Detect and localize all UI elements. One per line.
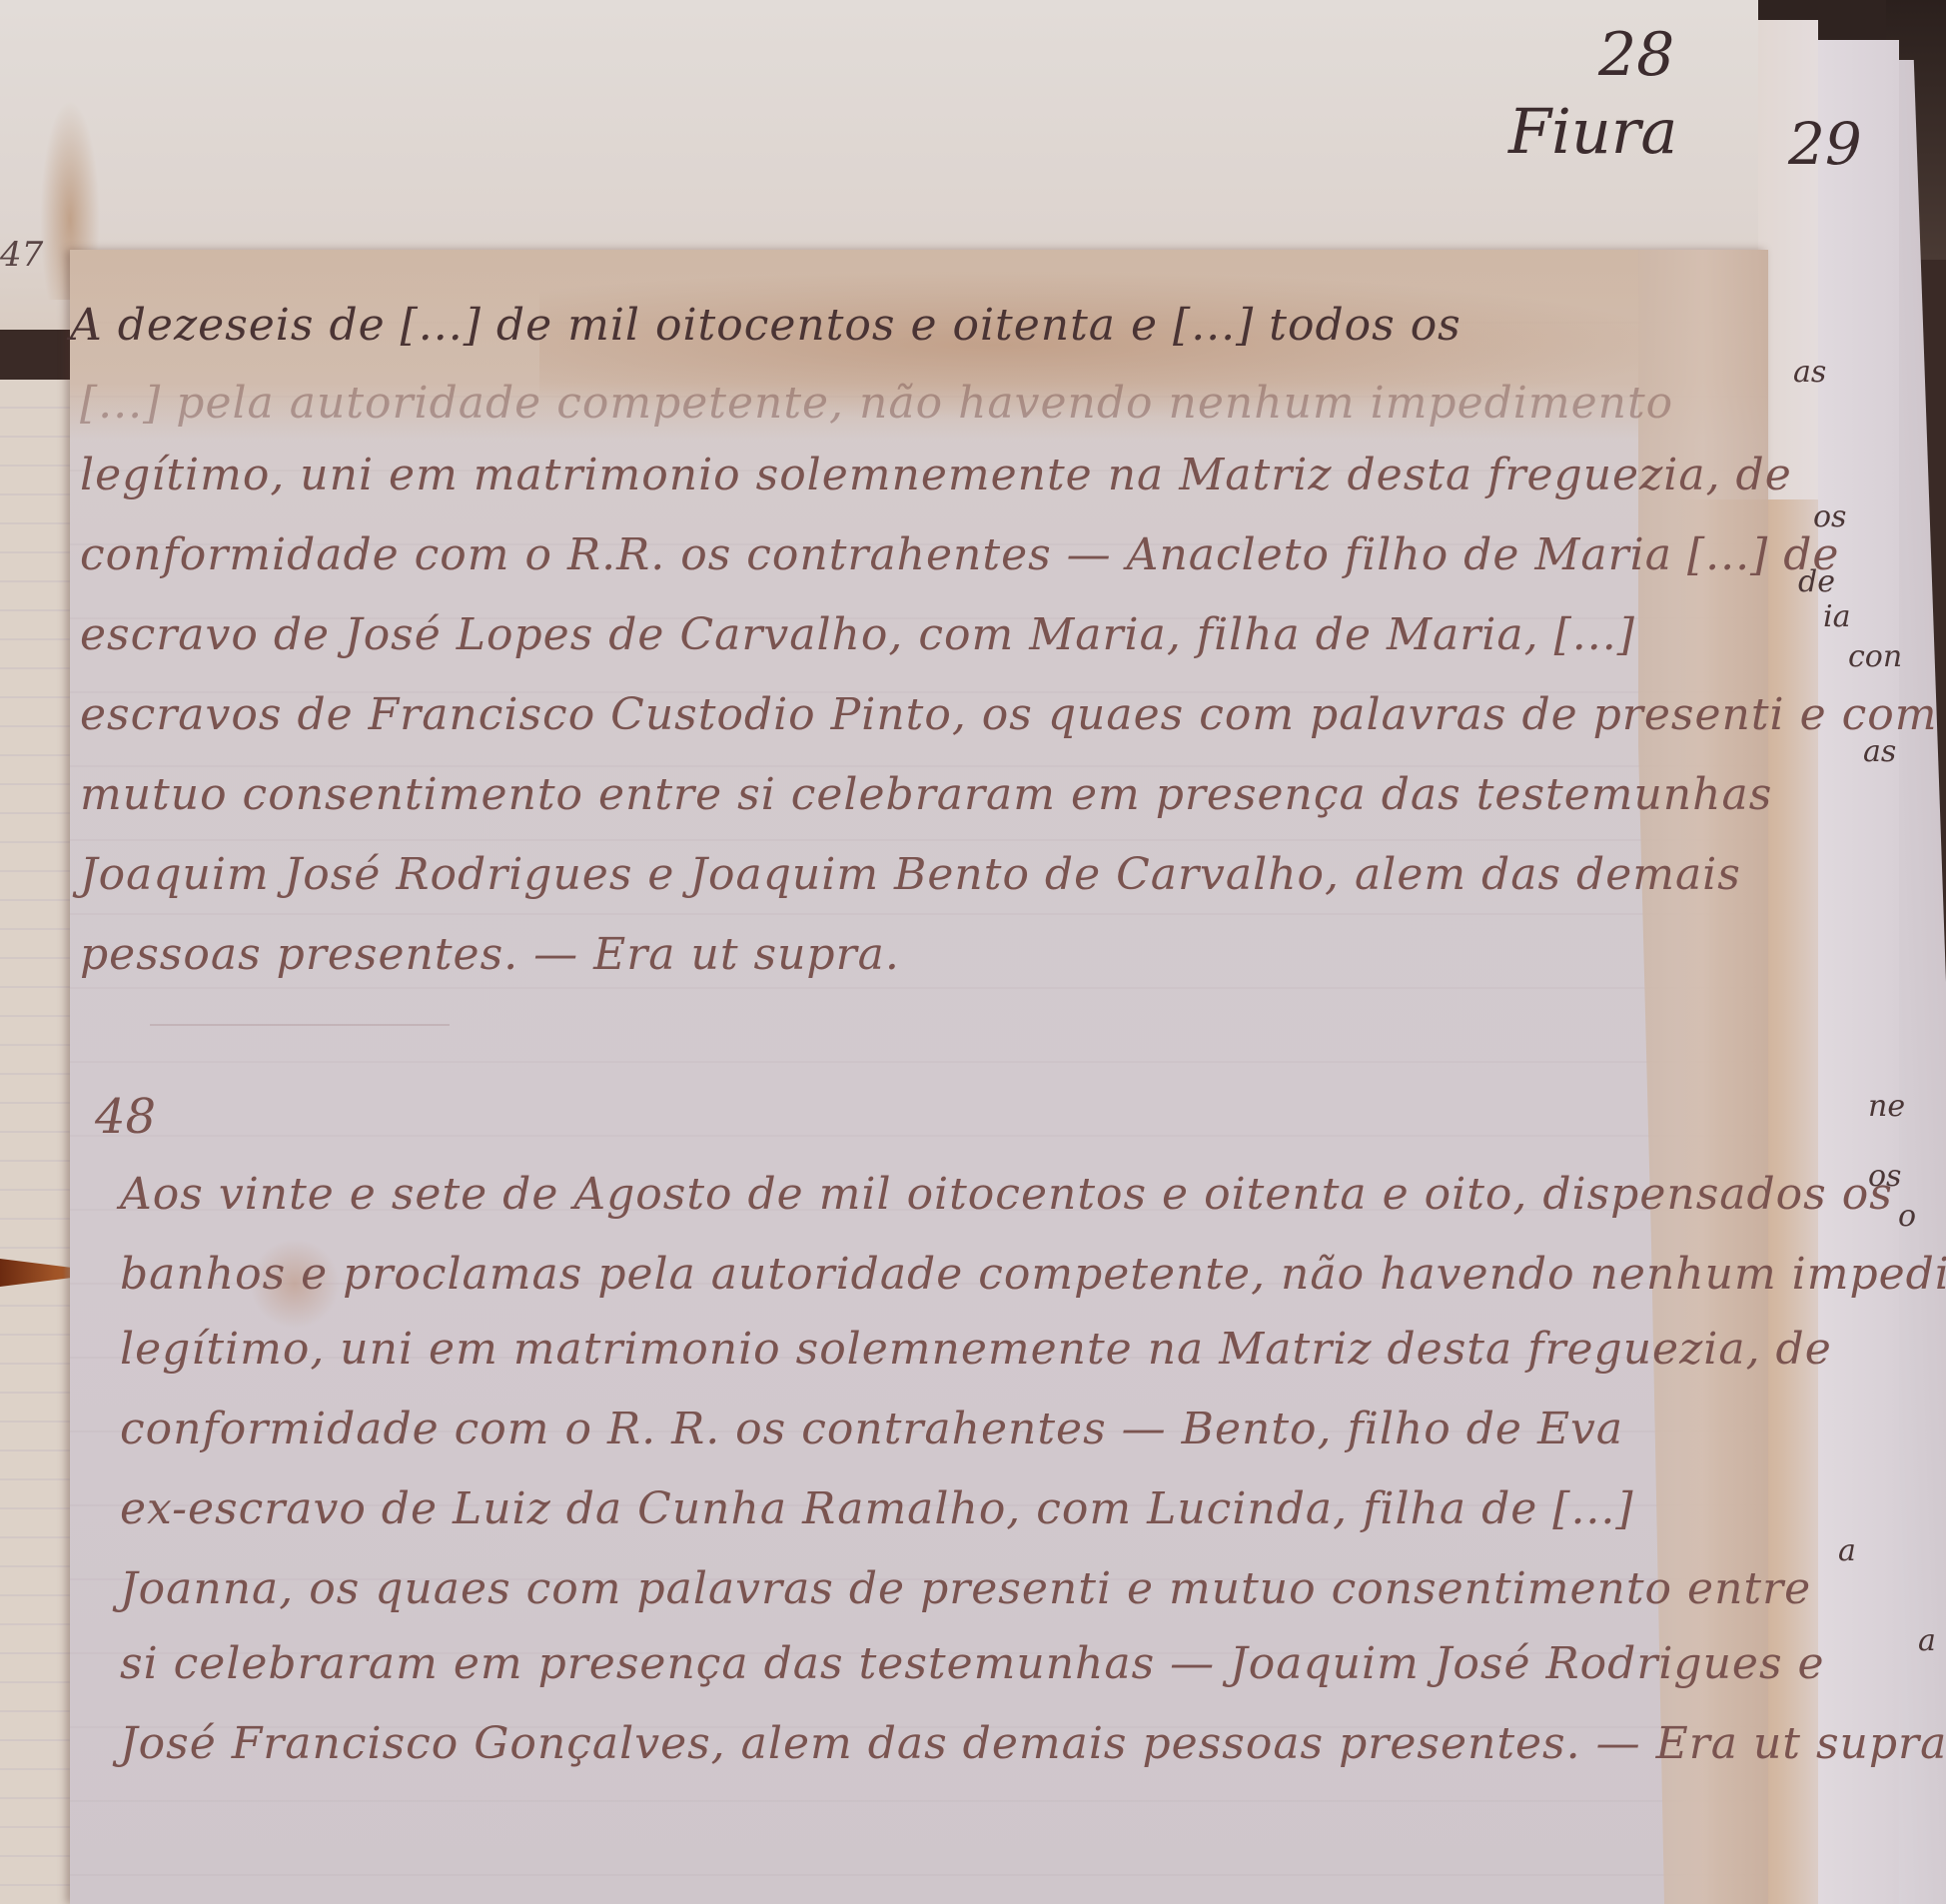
entry-line: escravo de José Lopes de Carvalho, com M…: [80, 609, 1635, 660]
rear-page-number: 29: [1788, 110, 1862, 178]
entry-line: si celebraram em presença das testemunha…: [120, 1638, 1825, 1689]
rear-page-fragment: a: [1838, 1533, 1856, 1568]
margin-note: 47: [0, 235, 43, 275]
entry-line: banhos e proclamas pela autoridade compe…: [120, 1249, 1946, 1300]
rear-page-fragment: ne: [1868, 1089, 1905, 1124]
entry-line: [...] pela autoridade competente, não ha…: [80, 378, 1673, 429]
entry-line: José Francisco Gonçalves, alem das demai…: [120, 1718, 1946, 1769]
rear-page-fragment: os: [1868, 1159, 1901, 1194]
entry-line: pessoas presentes. — Era ut supra.: [80, 929, 900, 980]
rear-page-fragment: a: [1918, 1623, 1936, 1658]
rear-page-fragment: con: [1848, 639, 1902, 674]
rear-page-fragment: de: [1798, 564, 1835, 599]
entry-line: conformidade com o R.R. os contrahentes …: [80, 529, 1839, 580]
rear-page-fragment: os: [1813, 499, 1846, 534]
entry-line: mutuo consentimento entre si celebraram …: [80, 769, 1772, 820]
entry-number: 48: [95, 1089, 156, 1145]
entry-line: Aos vinte e sete de Agosto de mil oitoce…: [120, 1169, 1893, 1220]
rear-page-fragment: ia: [1823, 599, 1850, 634]
rear-page-fragment: as: [1793, 355, 1826, 390]
entry-line: Joanna, os quaes com palavras de present…: [120, 1563, 1811, 1614]
entry-line: legítimo, uni em matrimonio solemnemente…: [120, 1324, 1832, 1375]
entry-separator: [150, 1024, 450, 1026]
page-number: 28: [1598, 20, 1674, 90]
entry-line: escravos de Francisco Custodio Pinto, os…: [80, 689, 1937, 740]
entry-line: legítimo, uni em matrimonio solemnemente…: [80, 450, 1792, 500]
header-note: Fiura: [1508, 95, 1677, 168]
rear-page-fragment: as: [1863, 734, 1896, 769]
entry-line: A dezeseis de [...] de mil oitocentos e …: [70, 300, 1461, 351]
entry-line: Joaquim José Rodrigues e Joaquim Bento d…: [80, 849, 1741, 900]
entry-line: conformidade com o R. R. os contrahentes…: [120, 1404, 1623, 1454]
entry-line: ex-escravo de Luiz da Cunha Ramalho, com…: [120, 1483, 1634, 1534]
rear-page-fragment: o: [1898, 1199, 1916, 1234]
